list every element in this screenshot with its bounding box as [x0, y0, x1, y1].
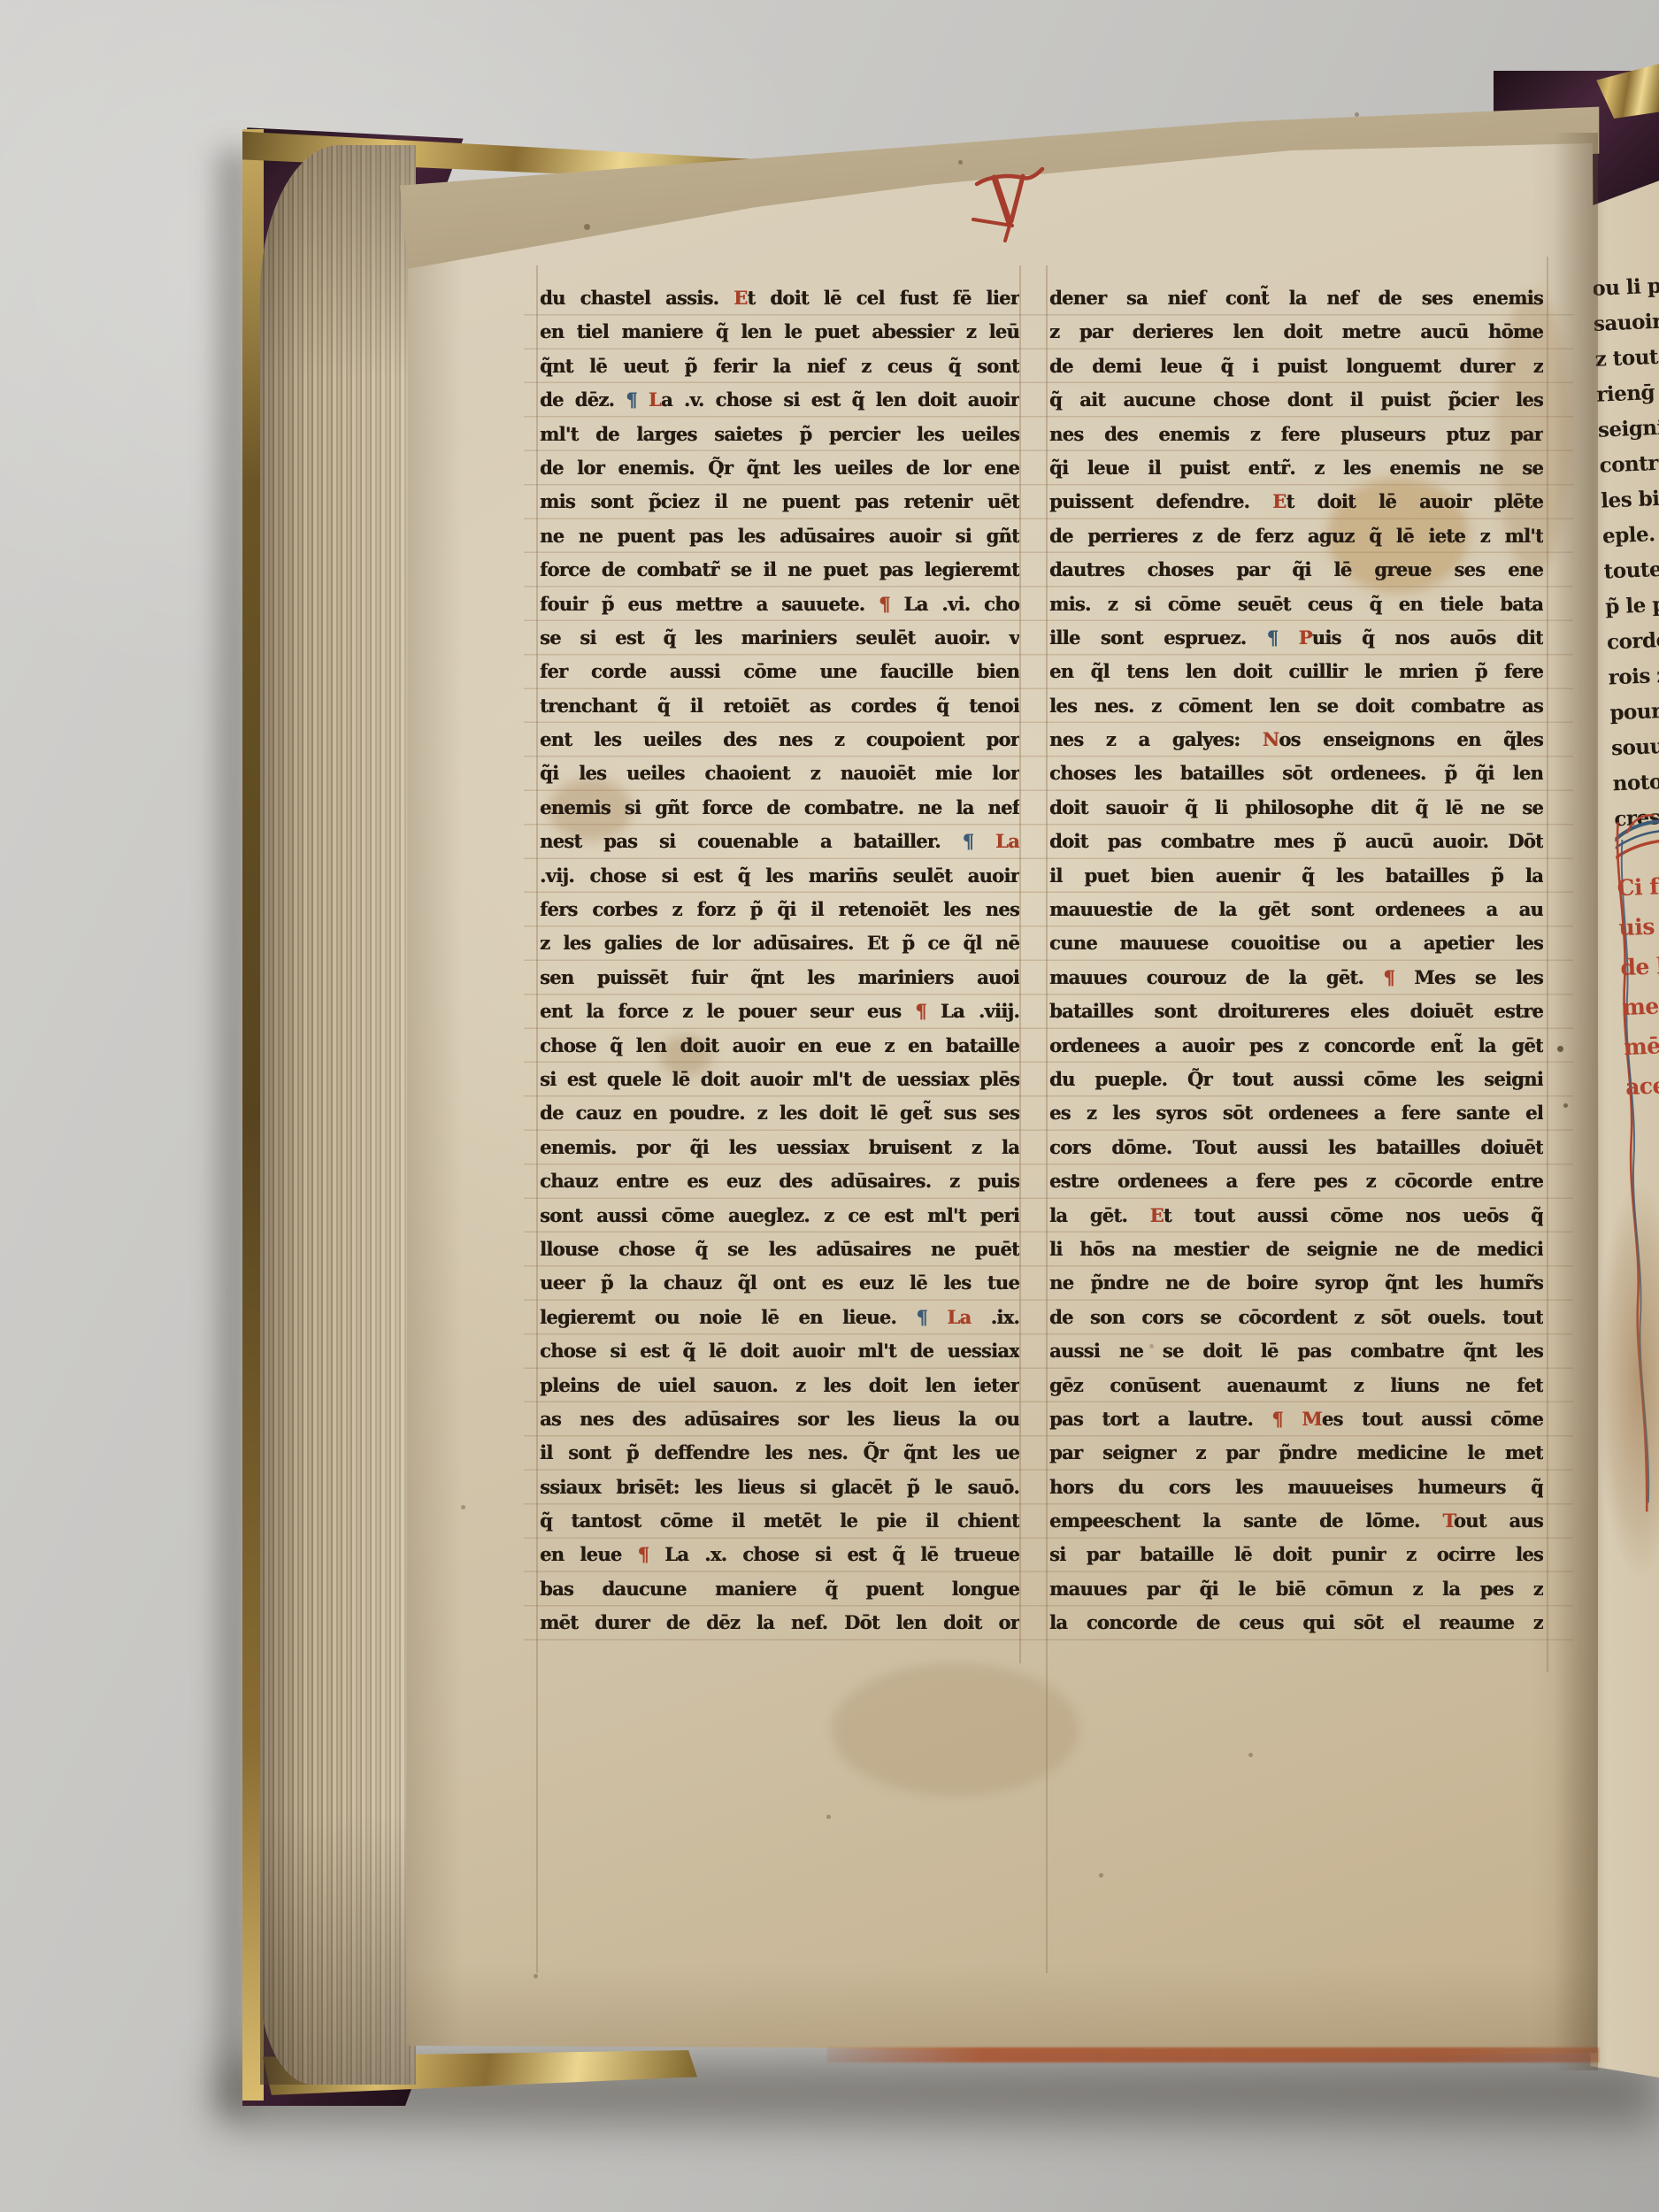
- rubric-line: ace de latin: [1624, 1060, 1659, 1107]
- text-line: cune mauuese couoitise ou a apetier les: [1049, 926, 1543, 960]
- ruling-vertical: [1547, 257, 1548, 1672]
- text-line: fouir p̃ eus mettre a sauuete. ¶ La .vi.…: [540, 588, 1019, 621]
- text-line: trenchant q̃ il retoiēt as cordes q̃ ten…: [540, 689, 1019, 723]
- text-line: en tiel maniere q̃ len le puet abessier …: [540, 315, 1019, 349]
- text-line: de demi leue q̃ i puist longuemt durer z: [1049, 349, 1543, 383]
- gutter-shadow: [1554, 133, 1598, 2070]
- text-line: en q̃l tens len doit cuillir le mrien p̃…: [1049, 655, 1543, 688]
- text-line: la gēt. Et tout aussi cōme nos ueōs q̃: [1049, 1199, 1543, 1233]
- text-line: de cauz en poudre. z les doit lē get̃ su…: [540, 1096, 1019, 1130]
- text-line: as nes des adūsaires sor les lieus la ou: [540, 1402, 1019, 1436]
- text-line: es z les syros sōt ordenees a fere sante…: [1049, 1096, 1543, 1130]
- text-line: seignier les r: [1597, 406, 1659, 448]
- text-line: ent la force z le pouer seur eus ¶ La .v…: [540, 995, 1019, 1028]
- text-line: q̃ tantost cōme il metēt le pie il chien…: [540, 1504, 1019, 1538]
- text-line: doit pas combatre mes p̃ aucū auoir. Dōt: [1049, 825, 1543, 858]
- text-line: les nes. z cōment len se doit combatre a…: [1049, 689, 1543, 723]
- text-line: ordenees a auoir pes z concorde ent̃ la …: [1049, 1029, 1543, 1063]
- text-line: q̃ ait aucune chose dont il puist p̃cier…: [1049, 383, 1543, 417]
- text-line: par seigner z par p̃ndre medicine le met: [1049, 1436, 1543, 1470]
- text-line: noto el ciel z: [1612, 760, 1659, 802]
- page-stack-edges: [260, 145, 416, 2085]
- text-line: rois z les pri: [1608, 654, 1659, 695]
- rubric-line: uis z des pri: [1618, 901, 1659, 948]
- text-line: sen puissēt fuir q̃nt les mariniers auoi: [540, 961, 1019, 995]
- rubric-line: Ci fine li: [1617, 861, 1659, 908]
- text-line: cors dōme. Tout aussi les batailles doiu…: [1049, 1131, 1543, 1164]
- text-line: ille sont espruez. ¶ Puis q̃ nos auōs di…: [1049, 621, 1543, 655]
- text-line: .vij. chose si est q̃ les marin̄s seulēt…: [540, 859, 1019, 893]
- text-line: choses les batailles sōt ordenees. p̃ q̃…: [1049, 757, 1543, 790]
- text-line: rienḡ ses en: [1596, 371, 1659, 412]
- text-line: mauuestie de la gēt sont ordenees a au: [1049, 893, 1543, 926]
- text-line: z les galies de lor adūsaires. Et p̃ ce …: [540, 926, 1019, 960]
- text-line: hors du cors les mauueises humeurs q̃: [1049, 1471, 1543, 1504]
- text-line: il sont p̃ deffendre les nes. Q̃r q̃nt l…: [540, 1436, 1019, 1470]
- text-line: empeeschent la sante de lōme. Tout aus: [1049, 1504, 1543, 1538]
- text-line: de dēz. ¶ La .v. chose si est q̃ len doi…: [540, 383, 1019, 417]
- text-line: si est quele lē doit auoir ml't de uessi…: [540, 1063, 1019, 1096]
- text-line: fer corde aussi cōme une faucille bien: [540, 655, 1019, 688]
- text-line: batailles sont droitureres eles doiuēt e…: [1049, 995, 1543, 1028]
- ruling-vertical: [536, 265, 538, 1973]
- rubric-line: de lordre de la: [1620, 941, 1659, 987]
- text-line: q̃i les ueiles chaoient z nauoiēt mie lo…: [540, 757, 1019, 790]
- rubric-line: mestre Hen: [1621, 980, 1659, 1027]
- text-line: llouse chose q̃ se les adūsaires ne puēt: [540, 1233, 1019, 1266]
- text-line: pourable en l: [1609, 689, 1659, 731]
- ruling-vertical: [1046, 265, 1048, 1973]
- text-line: sont aussi cōme aueglez. z ce est ml't p…: [540, 1199, 1019, 1233]
- text-line: enemis si gñt force de combatre. ne la n…: [540, 791, 1019, 825]
- text-line: dener sa nief cont̃ la nef de ses enemis: [1049, 281, 1543, 315]
- text-line: doit sauoir q̃ li philosophe dit q̃ lē n…: [1049, 791, 1543, 825]
- text-line: contre les ene: [1599, 442, 1659, 483]
- text-line: eple. Quer le: [1601, 512, 1659, 554]
- text-line: il puet bien auenir q̃ les batailles p̃ …: [1049, 859, 1543, 893]
- text-line: de son cors se cōcordent z sōt ouels. to…: [1049, 1301, 1543, 1334]
- text-line: legieremt ou noie lē en lieue. ¶ La .ix.: [540, 1301, 1019, 1334]
- text-line: de perrieres z de ferz aguz q̃ lē iete z…: [1049, 519, 1543, 553]
- text-line: force de combatr̃ se il ne puet pas legi…: [540, 553, 1019, 587]
- text-line: les biēs cōmi: [1601, 477, 1659, 518]
- text-line: souuerain del: [1610, 725, 1659, 766]
- text-line: pleins de uiel sauon. z les doit len iet…: [540, 1369, 1019, 1402]
- text-line: toutes lor ba: [1603, 548, 1659, 589]
- text-line: puissent defendre. Et doit lē auoir plēt…: [1049, 485, 1543, 518]
- text-line: ne p̃ndre ne de boire syrop q̃nt les hum…: [1049, 1266, 1543, 1300]
- text-line: p̃ le profit du: [1605, 583, 1659, 625]
- text-line: chauz entre es euz des adūsaires. z puis: [540, 1164, 1019, 1198]
- text-line: ml't de larges saietes p̃ percier les ue…: [540, 418, 1019, 451]
- folio-number-v: V: [970, 163, 1058, 244]
- text-line: z par derieres len doit metre aucū hōme: [1049, 315, 1543, 349]
- text-line: corde de ceus: [1606, 618, 1659, 660]
- text-line: de lor enemis. Q̃r q̃nt les ueiles de lo…: [540, 451, 1019, 485]
- text-line: en leue ¶ La .x. chose si est q̃ lē true…: [540, 1538, 1019, 1571]
- text-line: mauues courouz de la gēt. ¶ Mes se les: [1049, 961, 1543, 995]
- manuscript-photo: ou li pueplesauoir dilliāz toutes les rr…: [0, 0, 1659, 2212]
- text-line: estre ordenees a fere pes z cōcorde entr…: [1049, 1164, 1543, 1198]
- text-line: la concorde de ceus qui sōt el reaume z: [1049, 1606, 1543, 1640]
- text-line: mis sont p̃ciez il ne puent pas retenir …: [540, 485, 1019, 518]
- text-line: gēz conūsent auenaumt z liuns ne fet: [1049, 1369, 1543, 1402]
- text-line: mis. z si cōme seuēt ceus q̃ en tiele ba…: [1049, 588, 1543, 621]
- text-line: chose q̃ len doit auoir en eue z en bata…: [540, 1029, 1019, 1063]
- rubric-line: mēt le noble: [1623, 1020, 1659, 1067]
- parchment-stain: [832, 1663, 1079, 1796]
- text-line: sauoir dilliā: [1593, 301, 1659, 342]
- text-line: pas tort a lautre. ¶ Mes tout aussi cōme: [1049, 1402, 1543, 1436]
- text-line: du chastel assis. Et doit lē cel fust fē…: [540, 281, 1019, 315]
- text-line: ent les ueiles des nes z coupoient por: [540, 723, 1019, 757]
- text-line: nes des enemis z fere pluseurs ptuz par: [1049, 418, 1543, 451]
- text-line: ou li pueple: [1591, 265, 1659, 307]
- text-line: chose si est q̃ lē doit auoir ml't de ue…: [540, 1334, 1019, 1368]
- left-text-column: du chastel assis. Et doit lē cel fust fē…: [540, 281, 1019, 1640]
- text-line: si par bataille lē doit punir z ocirre l…: [1049, 1538, 1543, 1571]
- text-line: ne ne puent pas les adūsaires auoir si g…: [540, 519, 1019, 553]
- text-line: nest pas si couenable a batailler. ¶ La: [540, 825, 1019, 858]
- text-line: ueer p̃ la chauz q̃l ont es euz lē les t…: [540, 1266, 1019, 1300]
- text-line: z toutes les r: [1594, 336, 1659, 378]
- text-line: dautres choses par q̃i lē greue ses ene: [1049, 553, 1543, 587]
- recto-black-lines: ou li pueplesauoir dilliāz toutes les rr…: [1591, 265, 1659, 838]
- text-line: nes z a galyes: Nos enseignons en q̃les: [1049, 723, 1543, 757]
- text-line: li hōs na mestier de seignie ne de medic…: [1049, 1233, 1543, 1266]
- text-line: se si est q̃ les mariniers seulēt auoir.…: [540, 621, 1019, 655]
- ruling-vertical: [1019, 265, 1021, 1663]
- text-line: ssiaux brisēt: les lieus si glacēt p̃ le…: [540, 1471, 1019, 1504]
- text-line: enemis. por q̃i les uessiax bruisent z l…: [540, 1131, 1019, 1164]
- text-line: mauues par q̃i le biē cōmun z la pes z: [1049, 1572, 1543, 1606]
- dust-specks: [0, 0, 3, 3]
- text-line: du pueple. Q̃r tout aussi cōme les seign…: [1049, 1063, 1543, 1096]
- text-line: aussi ne se doit lē pas combatre q̃nt le…: [1049, 1334, 1543, 1368]
- text-line: mēt durer de dēz la nef. Dōt len doit or: [540, 1606, 1019, 1640]
- text-line: q̃i leue il puist entr̃. z les enemis ne…: [1049, 451, 1543, 485]
- text-line: bas daucune maniere q̃ puent longue: [540, 1572, 1019, 1606]
- red-edge-stain: [827, 2047, 1599, 2062]
- right-text-column: dener sa nief cont̃ la nef de ses enemis…: [1049, 281, 1543, 1640]
- text-line: q̃nt lē ueut p̃ ferir la nief z ceus q̃ …: [540, 349, 1019, 383]
- text-line: fers corbes z forz p̃ q̃i il retenoiēt l…: [540, 893, 1019, 926]
